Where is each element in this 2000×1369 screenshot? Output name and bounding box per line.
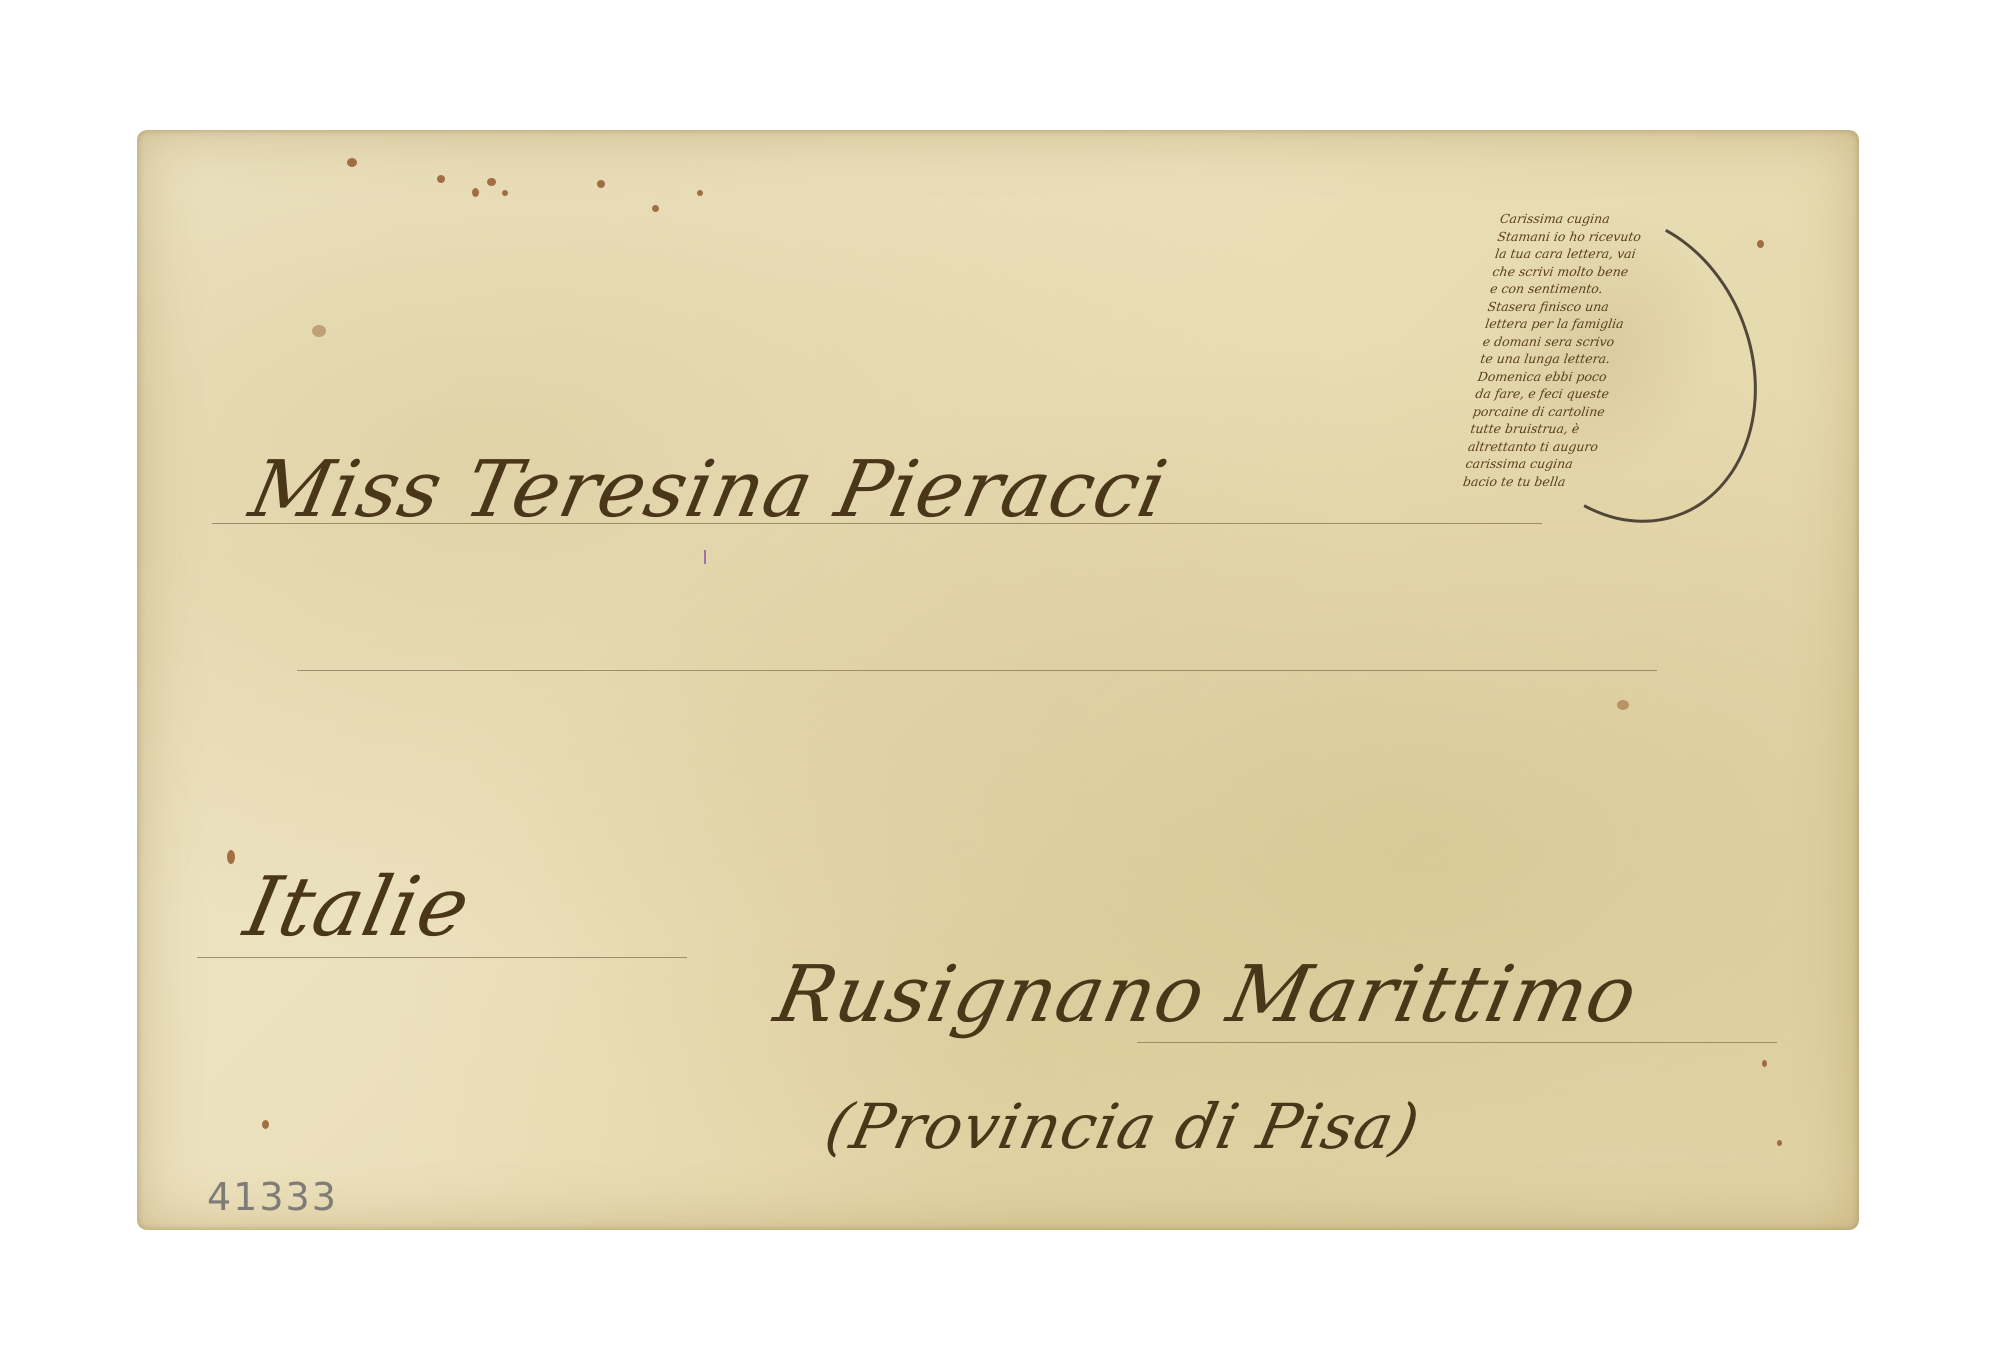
foxing-stain [437, 175, 445, 183]
foxing-stain [1617, 700, 1629, 710]
address-line-country [197, 957, 687, 958]
address-line-2 [297, 670, 1657, 671]
foxing-stain [472, 188, 479, 197]
foxing-stain [487, 178, 496, 186]
catalog-number: 41333 [207, 1175, 338, 1219]
foxing-stain [1762, 1060, 1767, 1067]
foxing-stain [1777, 1140, 1782, 1146]
foxing-stain [652, 205, 659, 212]
foxing-stain [697, 190, 703, 196]
foxing-stain [227, 850, 235, 864]
address-line-town [1137, 1042, 1777, 1043]
postcard: Miss Teresina Pieracci Italie Rusignano … [137, 130, 1859, 1230]
foxing-stain [262, 1120, 269, 1129]
foxing-stain [347, 158, 357, 167]
foxing-stain [312, 325, 326, 337]
foxing-stain [502, 190, 508, 196]
ink-mark [704, 550, 706, 564]
recipient-country: Italie [237, 860, 478, 955]
recipient-town: Rusignano Marittimo [767, 950, 1645, 1040]
foxing-stain [597, 180, 605, 188]
recipient-province: (Provincia di Pisa) [819, 1090, 1426, 1163]
recipient-name: Miss Teresina Pieracci [242, 445, 1175, 535]
foxing-stain [1757, 240, 1764, 248]
